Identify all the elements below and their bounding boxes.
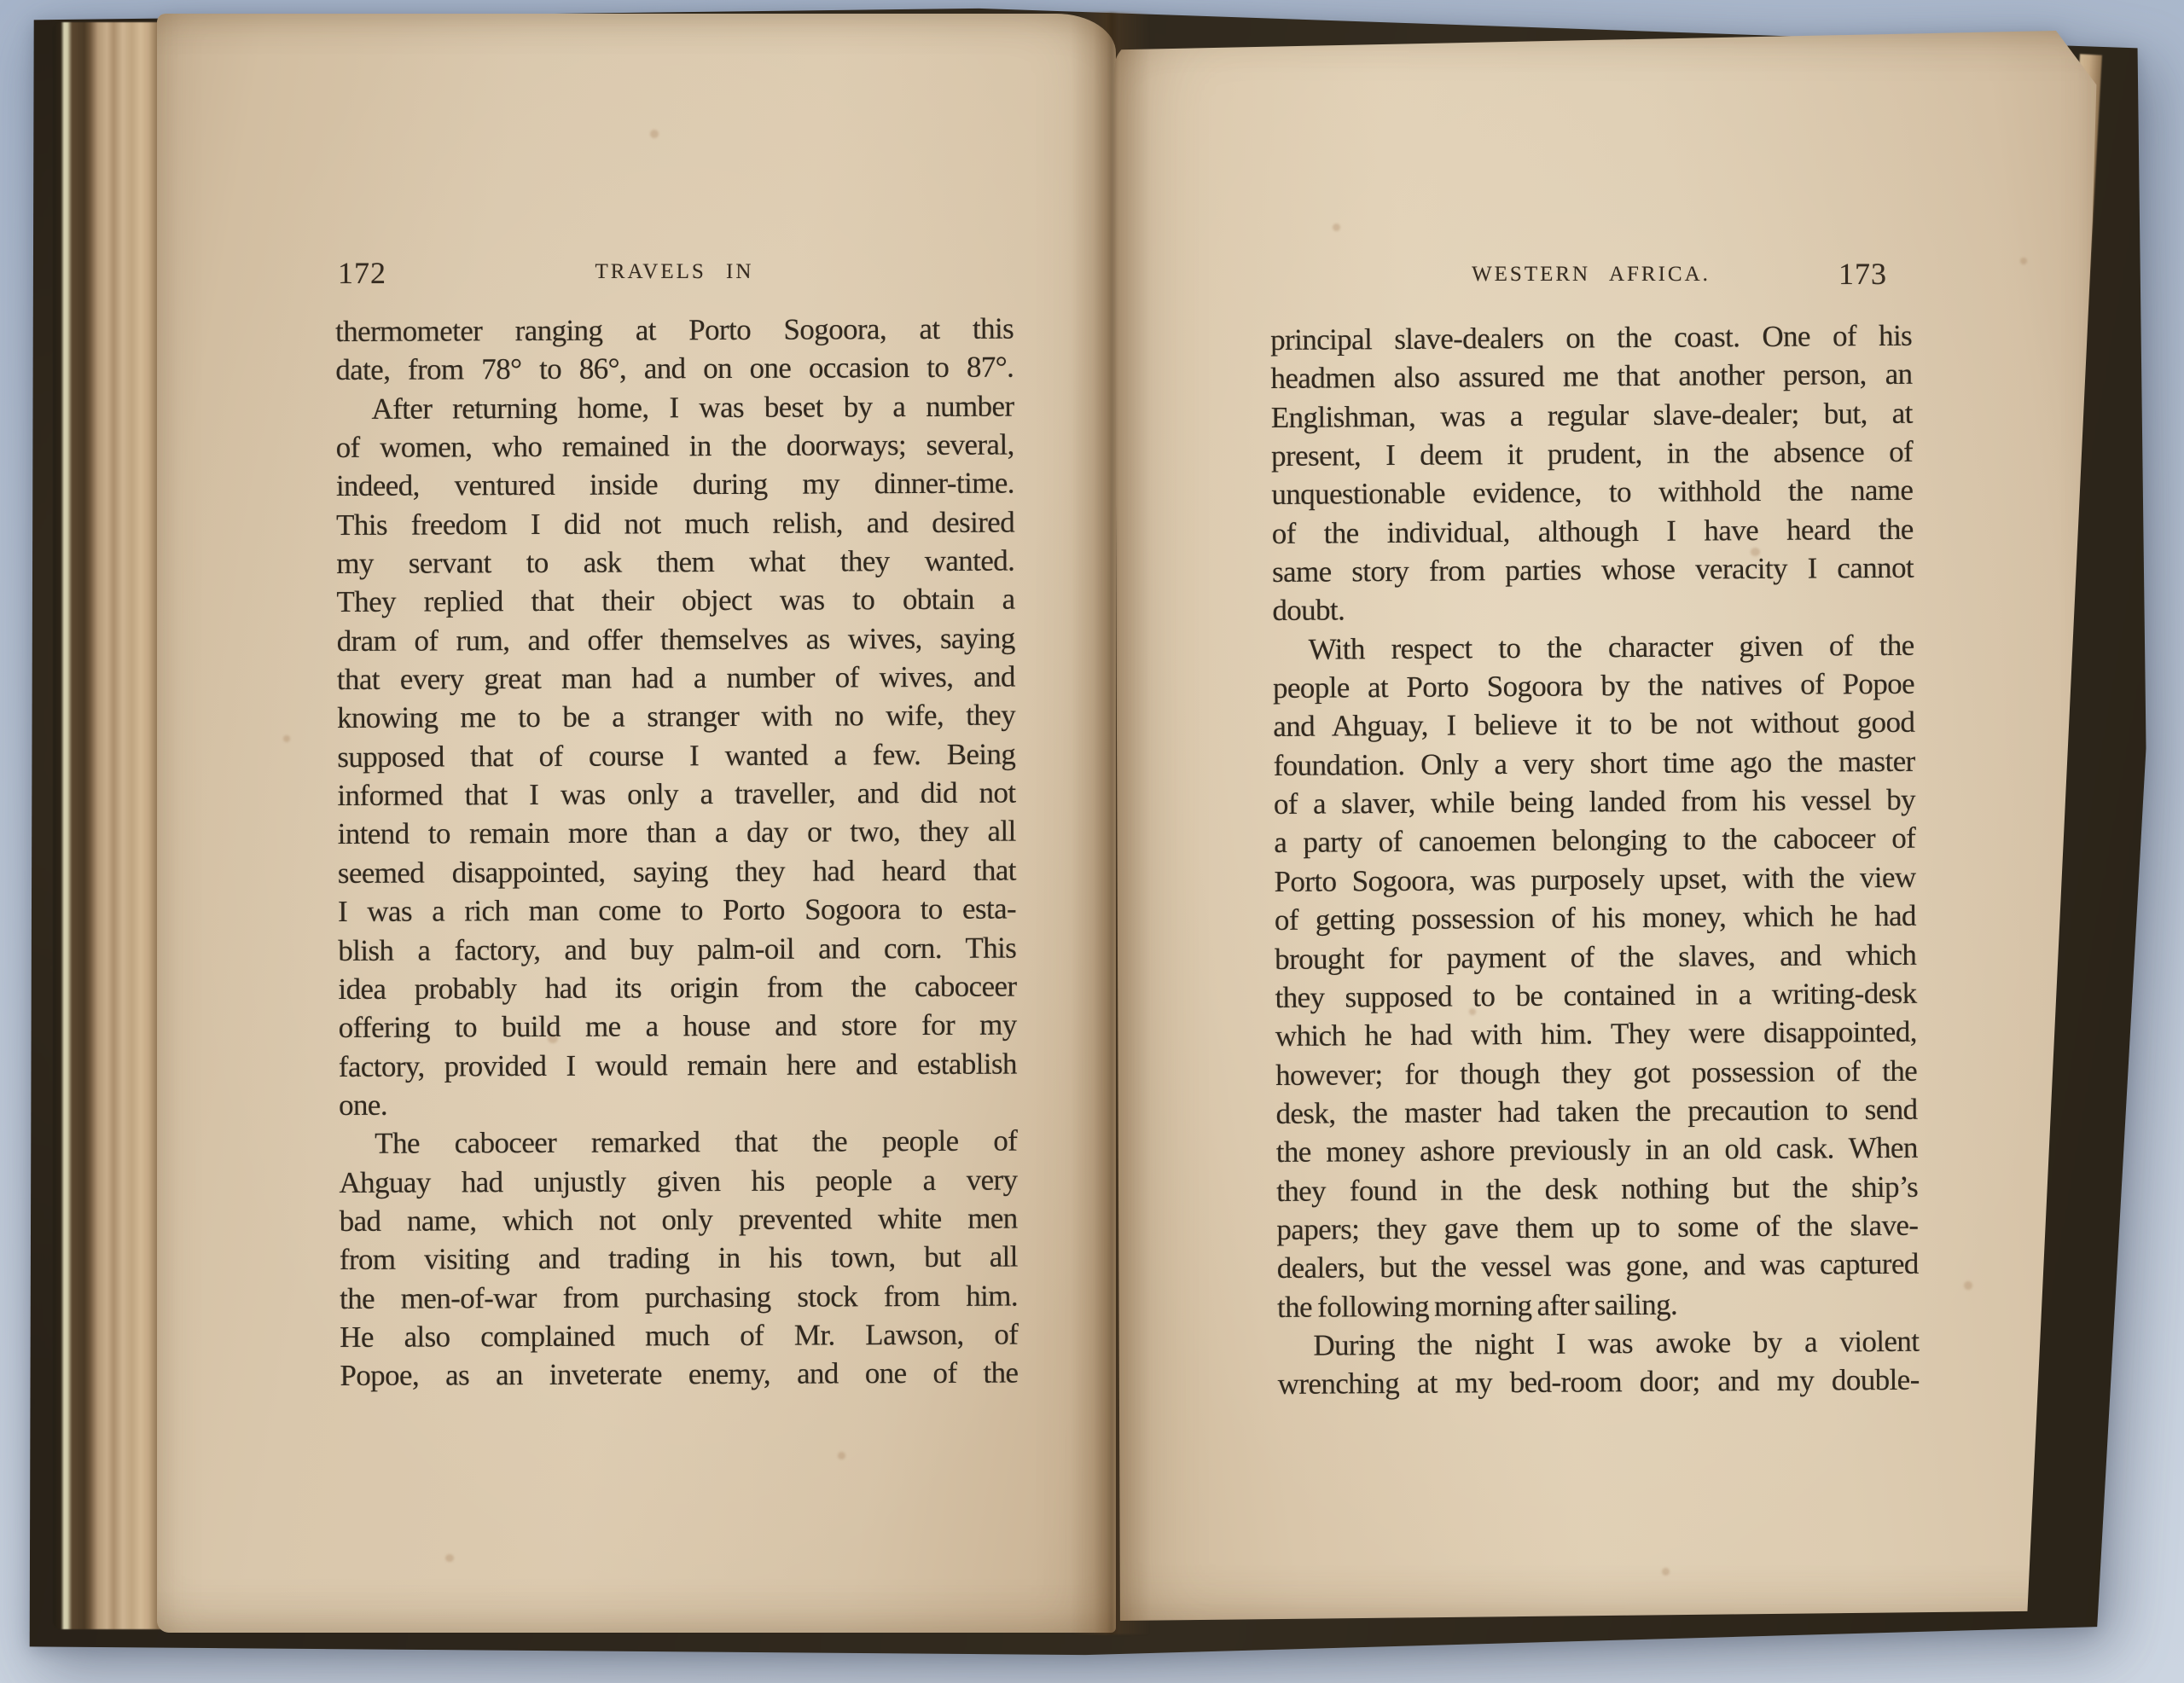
text-line: they supposed to be contained in a writi… — [1275, 974, 1916, 1018]
text-line: of a slaver, while being landed from his… — [1274, 781, 1915, 824]
right-page-number: 173 — [1270, 256, 1887, 292]
text-line: a party of canoemen belonging to the cab… — [1274, 819, 1915, 862]
right-page-text: principal slave-dealers on the coast. On… — [1270, 316, 1920, 1404]
text-line: bad name, which not only prevented white… — [340, 1198, 1018, 1240]
text-line: dram of rum, and offer themselves as wiv… — [337, 618, 1015, 660]
text-line: of women, who remained in the doorways; … — [336, 426, 1014, 467]
book-gutter — [1072, 12, 1150, 1634]
text-line: wrenching at my bed-room door; and my do… — [1278, 1361, 1920, 1404]
foxing-speck — [1662, 1568, 1670, 1576]
text-line: of getting possession of his money, whic… — [1275, 897, 1916, 940]
text-line: This freedom I did not much relish, and … — [336, 502, 1014, 544]
foxing-speck — [1964, 1281, 1972, 1290]
text-line: that every great man had a number of wiv… — [337, 658, 1015, 699]
text-line: however; for though they got possession … — [1275, 1051, 1917, 1094]
left-running-head: TRAVELS IN — [335, 260, 1014, 284]
text-line: informed that I was only a traveller, an… — [337, 774, 1015, 815]
text-line: date, from 78° to 86°, and on one occasi… — [335, 348, 1014, 390]
foxing-speck — [2020, 258, 2027, 264]
text-line: from visiting and trading in his town, b… — [340, 1238, 1018, 1280]
text-line: unquestionable evidence, to withhold the… — [1271, 471, 1913, 514]
text-line: they found in the desk nothing but the s… — [1276, 1167, 1918, 1210]
open-book: 172 TRAVELS IN WESTERN AFRICA. 173 therm… — [0, 0, 2184, 1683]
text-line: and Ahguay, I believe it to be not witho… — [1273, 703, 1914, 746]
text-line: Porto Sogoora, was purposely upset, with… — [1274, 858, 1915, 902]
left-page-text: thermometer ranging at Porto Sogoora, at… — [335, 310, 1019, 1396]
text-line: He also complained much of Mr. Lawson, o… — [340, 1314, 1018, 1356]
photo-background: 172 TRAVELS IN WESTERN AFRICA. 173 therm… — [0, 0, 2184, 1683]
text-line: doubt. — [1272, 587, 1914, 630]
text-line: same story from parties whose veracity I… — [1272, 548, 1914, 592]
text-line: the following morning after sailing. — [1277, 1283, 1919, 1326]
text-line: of the individual, although I have heard… — [1272, 509, 1914, 553]
text-line: headmen also assured me that another per… — [1270, 355, 1912, 398]
text-line: thermometer ranging at Porto Sogoora, at… — [335, 310, 1014, 351]
foxing-speck — [283, 735, 290, 742]
foxing-speck — [838, 1452, 845, 1460]
text-line: During the night I was awoke by a violen… — [1277, 1322, 1919, 1366]
text-line: foundation. Only a very short time ago t… — [1273, 742, 1914, 786]
text-line: factory, provided I would remain here an… — [339, 1044, 1017, 1086]
text-line: They replied that their object was to ob… — [336, 580, 1014, 622]
text-line: intend to remain more than a day or two,… — [338, 812, 1016, 854]
text-line: desk, the master had taken the precautio… — [1275, 1090, 1917, 1134]
text-line: my servant to ask them what they wanted. — [336, 542, 1014, 583]
text-line: indeed, ventured inside during my dinner… — [336, 464, 1014, 506]
text-line: The caboceer remarked that the people of — [339, 1122, 1017, 1164]
text-line: I was a rich man come to Porto Sogoora t… — [338, 890, 1016, 931]
text-line: blish a factory, and buy palm-oil and co… — [338, 928, 1016, 970]
text-line: Englishman, was a regular slave-dealer; … — [1271, 393, 1913, 437]
text-line: supposed that of course I wanted a few. … — [337, 734, 1015, 776]
text-line: the men-of-war from purchasing stock fro… — [340, 1276, 1018, 1318]
text-line: With respect to the character given of t… — [1273, 625, 1914, 669]
text-line: which he had with him. They were disappo… — [1275, 1013, 1917, 1056]
text-line: knowing me to be a stranger with no wife… — [337, 696, 1015, 738]
text-line: idea probably had its origin from the ca… — [338, 966, 1016, 1008]
text-line: principal slave-dealers on the coast. On… — [1270, 316, 1912, 360]
text-line: one. — [339, 1082, 1017, 1124]
text-line: offering to build me a house and store f… — [339, 1006, 1017, 1048]
text-line: dealers, but the vessel was gone, and wa… — [1277, 1245, 1919, 1288]
text-line: Ahguay had unjustly given his people a v… — [339, 1160, 1017, 1202]
foxing-speck — [445, 1554, 454, 1562]
page-edge-stack-left — [53, 22, 166, 1629]
text-line: After returning home, I was beset by a n… — [335, 386, 1014, 428]
text-line: people at Porto Sogoora by the natives o… — [1273, 664, 1914, 708]
text-line: the money ashore previously in an old ca… — [1276, 1129, 1918, 1172]
text-line: Popoe, as an inveterate enemy, and one o… — [340, 1354, 1018, 1396]
text-line: brought for payment of the slaves, and w… — [1275, 935, 1916, 978]
text-line: seemed disappointed, saying they had hea… — [338, 850, 1016, 892]
foxing-speck — [650, 130, 659, 138]
text-line: papers; they gave them up to some of the… — [1276, 1206, 1918, 1250]
text-line: present, I deem it prudent, in the absen… — [1271, 432, 1913, 476]
foxing-speck — [1333, 223, 1340, 231]
